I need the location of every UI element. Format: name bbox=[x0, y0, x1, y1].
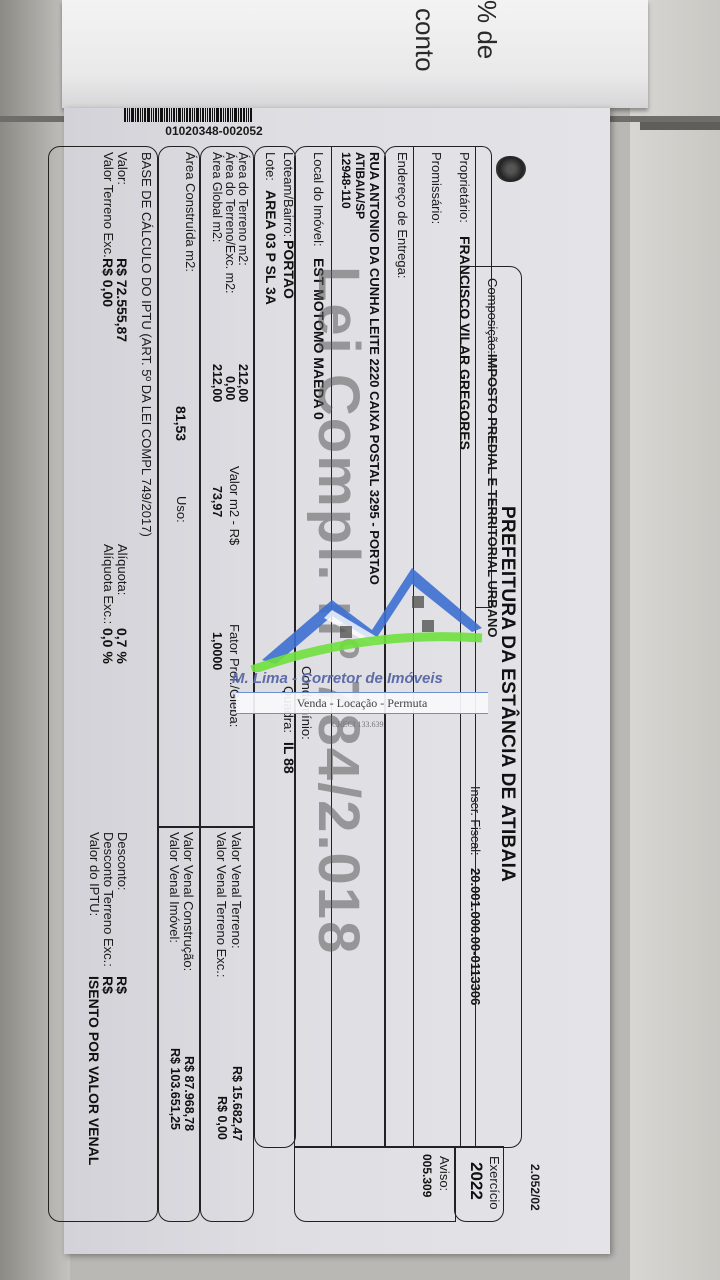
barcode-number: 01020348-002052 bbox=[124, 124, 304, 138]
area-global-value: 212,00 bbox=[210, 364, 224, 402]
aliquota-value: 0,7 % bbox=[114, 628, 130, 664]
aviso-label: Aviso: bbox=[437, 1156, 452, 1191]
aliquota-label: Alíquota: bbox=[115, 544, 130, 595]
valor-venal-terreno-value: R$ 15.682,47 bbox=[230, 1066, 244, 1141]
valor-venal-imovel-value: R$ 103.651,25 bbox=[168, 1048, 182, 1130]
lote-label: Lote: bbox=[263, 152, 278, 181]
exercicio-label: Exercício bbox=[487, 1156, 502, 1209]
fator-value: 1,0000 bbox=[210, 632, 224, 670]
desconto-value: R$ bbox=[114, 976, 130, 994]
desk-background-right bbox=[630, 0, 720, 1280]
endereco-line-3: 12948-110 bbox=[339, 152, 353, 209]
area-terreno-value: 212,00 bbox=[236, 364, 250, 402]
valor-m2-label: Valor m2 - R$ bbox=[227, 466, 242, 545]
uso-label: Uso: bbox=[174, 496, 189, 523]
upper-page-text-1: % de bbox=[471, 0, 502, 59]
local-imovel-label: Local do Imóvel: bbox=[311, 152, 326, 247]
valor-iptu-label: Valor do IPTU: bbox=[87, 832, 102, 916]
area-terreno-exc-value: 0,00 bbox=[223, 376, 237, 400]
agency-tagline: Venda - Locação - Permuta bbox=[236, 692, 488, 714]
document-code: 2.052/02 bbox=[528, 1164, 542, 1211]
aviso-value: 005.309 bbox=[420, 1154, 434, 1197]
exercicio-value: 2022 bbox=[466, 1162, 486, 1200]
barcode-icon bbox=[124, 108, 304, 122]
valor-venal-construcao-label: Valor Venal Construção: bbox=[181, 832, 196, 971]
barcode-block: 01020348-002052 bbox=[124, 108, 304, 138]
quadra-value: IL 88 bbox=[281, 742, 297, 774]
loteam-label: Loteam/Bairro: bbox=[281, 152, 296, 237]
base-calculo-title: BASE DE CÁLCULO DO IPTU (ART. 5º DA LEI … bbox=[139, 152, 154, 537]
valor-venal-construcao-value: R$ 87.968,78 bbox=[182, 1056, 196, 1131]
valor-m2-value: 73,97 bbox=[210, 486, 224, 517]
area-terreno-label: Área do Terreno m2: bbox=[236, 152, 250, 266]
area-construida-label: Área Construída m2: bbox=[183, 152, 198, 272]
desconto-terreno-exc-label: Desconto Terreno Exc.: bbox=[101, 832, 116, 967]
valor-label: Valor: bbox=[115, 152, 130, 185]
house-roof-icon bbox=[232, 560, 494, 672]
municipal-crest-icon bbox=[496, 156, 526, 182]
loteam-value: PORTAO bbox=[281, 240, 297, 299]
proprietario-label: Proprietário: bbox=[457, 152, 472, 223]
endereco-label: Endereço de Entrega: bbox=[395, 152, 410, 278]
composicao-label-text: Composição: bbox=[485, 278, 500, 354]
valor-iptu-value: ISENTO POR VALOR VENAL bbox=[86, 976, 102, 1165]
desconto-label: Desconto: bbox=[115, 832, 130, 891]
promissario-label: Promissário: bbox=[429, 152, 444, 224]
proprietario-value: FRANCISCO VILAR GREGORES bbox=[457, 236, 473, 450]
valor-value: R$ 72.555,87 bbox=[114, 258, 130, 342]
agency-name: M. Lima - Corretor de Imóveis bbox=[232, 670, 443, 687]
valor-venal-terreno-label: Valor Venal Terreno: bbox=[229, 832, 244, 949]
valor-venal-terreno-exc-value: R$ 0,00 bbox=[215, 1096, 229, 1140]
aliquota-exc-value: 0,0 % bbox=[100, 628, 116, 664]
lote-value: AREA 03 P SL 3A bbox=[263, 190, 279, 305]
valor-terreno-exc-label: Valor Terreno Exc.: bbox=[101, 152, 116, 261]
agency-creci: CRECI 133.639 bbox=[332, 720, 384, 729]
area-terreno-exc-label: Área do Terreno/Exc. m2: bbox=[223, 152, 237, 294]
valor-venal-imovel-label: Valor Venal Imóvel: bbox=[167, 832, 182, 943]
folded-upper-page: % de conto bbox=[62, 0, 648, 108]
tile-seam-right bbox=[640, 122, 720, 130]
upper-page-text-2: conto bbox=[409, 8, 440, 72]
agency-watermark-logo: M. Lima - Corretor de Imóveis Venda - Lo… bbox=[232, 560, 494, 720]
area-construida-value: 81,53 bbox=[173, 406, 189, 441]
area-global-label: Área Global m2: bbox=[210, 152, 224, 242]
endereco-line-2: ATIBAIA/SP bbox=[353, 152, 367, 219]
desconto-terreno-exc-value: R$ bbox=[100, 976, 116, 994]
valor-venal-terreno-exc-label: Valor Venal Terreno Exc.: bbox=[214, 832, 229, 978]
valor-terreno-exc-value: R$ 0,00 bbox=[100, 258, 116, 307]
aliquota-exc-label: Alíquota Exc.: bbox=[101, 544, 116, 624]
